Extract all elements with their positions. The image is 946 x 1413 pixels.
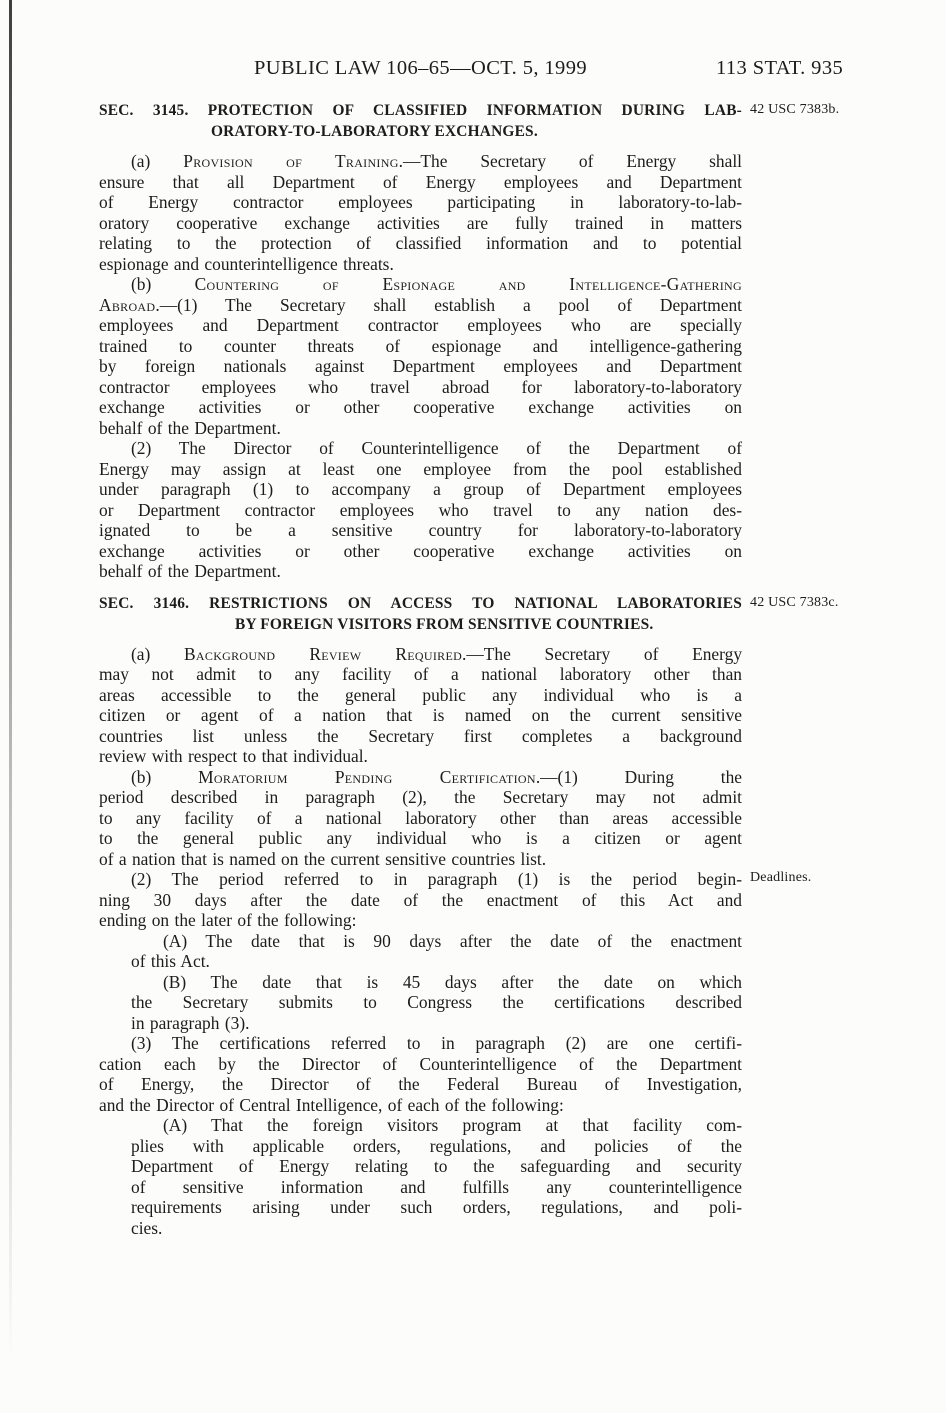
text-line: (A) That the foreign visitors program at… <box>131 1115 742 1136</box>
text-line: (a) Provision of Training.—The Secretary… <box>99 151 742 172</box>
text-line: Abroad.—(1) The Secretary shall establis… <box>99 295 742 316</box>
small-caps-phrase: Abroad <box>99 295 155 315</box>
text-line: trained to counter threats of espionage … <box>99 336 742 357</box>
text-line: relating to the protection of classified… <box>99 233 742 254</box>
text-line: espionage and counterintelligence threat… <box>99 254 742 275</box>
text-line: employees and Department contractor empl… <box>99 315 742 336</box>
text-line: (a) Background Review Required.—The Secr… <box>99 644 742 665</box>
text-line: to any facility of a national laboratory… <box>99 808 742 829</box>
text-line: (2) The Director of Counterintelligence … <box>99 438 742 459</box>
text-line: ensure that all Department of Energy emp… <box>99 172 742 193</box>
text-line: of this Act. <box>131 951 742 972</box>
page-content: PUBLIC LAW 106–65—OCT. 5, 1999 113 STAT.… <box>99 0 742 1238</box>
section-heading-line: BY FOREIGN VISITORS FROM SENSITIVE COUNT… <box>99 614 742 635</box>
text-line: of a nation that is named on the current… <box>99 849 742 870</box>
text-line: and the Director of Central Intelligence… <box>99 1095 742 1116</box>
text-line: period described in paragraph (2), the S… <box>99 787 742 808</box>
text-line: (B) The date that is 45 days after the d… <box>131 972 742 993</box>
section-heading-line: SEC. 3145. PROTECTION OF CLASSIFIED INFO… <box>99 100 742 121</box>
paragraph: (A) That the foreign visitors program at… <box>131 1115 742 1238</box>
section-3146-heading-row: SEC. 3146. RESTRICTIONS ON ACCESS TO NAT… <box>99 593 742 635</box>
small-caps-phrase: Moratorium Pending Certification <box>198 767 536 787</box>
paragraph: (a) Provision of Training.—The Secretary… <box>99 151 742 274</box>
text-line: ignated to be a sensitive country for la… <box>99 520 742 541</box>
text-line: ning 30 days after the date of the enact… <box>99 890 742 911</box>
section-3145-body: (a) Provision of Training.—The Secretary… <box>99 142 742 582</box>
text-line: citizen or agent of a nation that is nam… <box>99 705 742 726</box>
paragraph: Deadlines.(2) The period referred to in … <box>99 869 742 931</box>
paragraph: (3) The certifications referred to in pa… <box>99 1033 742 1115</box>
section-heading-line: ORATORY-TO-LABORATORY EXCHANGES. <box>99 121 742 142</box>
small-caps-phrase: Countering of Espionage and Intelligence… <box>195 274 742 294</box>
statute-page: PUBLIC LAW 106–65—OCT. 5, 1999 113 STAT.… <box>0 0 946 1413</box>
usc-citation-note: 42 USC 7383c. <box>750 595 940 611</box>
text-line: (b) Countering of Espionage and Intellig… <box>99 274 742 295</box>
text-line: exchange activities or other cooperative… <box>99 541 742 562</box>
text-line: plies with applicable orders, regulation… <box>131 1136 742 1157</box>
small-caps-phrase: Background Review Required <box>184 644 462 664</box>
small-caps-phrase: Provision of Training <box>183 151 398 171</box>
text-line: in paragraph (3). <box>131 1013 742 1034</box>
text-line: to the general public any individual who… <box>99 828 742 849</box>
text-line: may not admit to any facility of a natio… <box>99 664 742 685</box>
text-line: exchange activities or other cooperative… <box>99 397 742 418</box>
text-line: (b) Moratorium Pending Certification.—(1… <box>99 767 742 788</box>
text-line: (2) The period referred to in paragraph … <box>99 869 742 890</box>
text-line: behalf of the Department. <box>99 418 742 439</box>
text-line: review with respect to that individual. <box>99 746 742 767</box>
running-head: PUBLIC LAW 106–65—OCT. 5, 1999 113 STAT.… <box>99 57 742 84</box>
text-line: by foreign nationals against Department … <box>99 356 742 377</box>
text-line: behalf of the Department. <box>99 561 742 582</box>
paragraph: (A) The date that is 90 days after the d… <box>131 931 742 972</box>
text-line: contractor employees who travel abroad f… <box>99 377 742 398</box>
scan-gutter-edge <box>9 0 12 1362</box>
text-line: (A) The date that is 90 days after the d… <box>131 931 742 952</box>
usc-citation-note: 42 USC 7383b. <box>750 102 940 118</box>
paragraph: (B) The date that is 45 days after the d… <box>131 972 742 1034</box>
text-line: the Secretary submits to Congress the ce… <box>131 992 742 1013</box>
text-line: or Department contractor employees who t… <box>99 500 742 521</box>
running-head-title: PUBLIC LAW 106–65—OCT. 5, 1999 <box>99 57 742 80</box>
text-line: Energy may assign at least one employee … <box>99 459 742 480</box>
paragraph: (a) Background Review Required.—The Secr… <box>99 644 742 767</box>
text-line: (3) The certifications referred to in pa… <box>99 1033 742 1054</box>
text-line: ending on the later of the following: <box>99 910 742 931</box>
paragraph: (2) The Director of Counterintelligence … <box>99 438 742 582</box>
text-line: Department of Energy relating to the saf… <box>131 1156 742 1177</box>
section-heading-line: SEC. 3146. RESTRICTIONS ON ACCESS TO NAT… <box>99 593 742 614</box>
paragraph: (b) Moratorium Pending Certification.—(1… <box>99 767 742 870</box>
section-3146-heading: SEC. 3146. RESTRICTIONS ON ACCESS TO NAT… <box>99 593 742 635</box>
running-head-stat-number: 113 STAT. 935 <box>716 57 843 80</box>
section-3145-heading-row: SEC. 3145. PROTECTION OF CLASSIFIED INFO… <box>99 100 742 142</box>
paragraph: (b) Countering of Espionage and Intellig… <box>99 274 742 438</box>
section-3146-body: (a) Background Review Required.—The Secr… <box>99 635 742 1239</box>
text-line: areas accessible to the general public a… <box>99 685 742 706</box>
text-line: cies. <box>131 1218 742 1239</box>
text-line: cation each by the Director of Counterin… <box>99 1054 742 1075</box>
text-line: countries list unless the Secretary firs… <box>99 726 742 747</box>
text-line: requirements arising under such orders, … <box>131 1197 742 1218</box>
section-3145: SEC. 3145. PROTECTION OF CLASSIFIED INFO… <box>99 100 742 582</box>
margin-note: Deadlines. <box>750 870 940 886</box>
text-line: oratory cooperative exchange activities … <box>99 213 742 234</box>
text-line: under paragraph (1) to accompany a group… <box>99 479 742 500</box>
section-3146: SEC. 3146. RESTRICTIONS ON ACCESS TO NAT… <box>99 593 742 1239</box>
text-line: of sensitive information and fulfills an… <box>131 1177 742 1198</box>
text-line: of Energy contractor employees participa… <box>99 192 742 213</box>
section-3145-heading: SEC. 3145. PROTECTION OF CLASSIFIED INFO… <box>99 100 742 142</box>
text-line: of Energy, the Director of the Federal B… <box>99 1074 742 1095</box>
